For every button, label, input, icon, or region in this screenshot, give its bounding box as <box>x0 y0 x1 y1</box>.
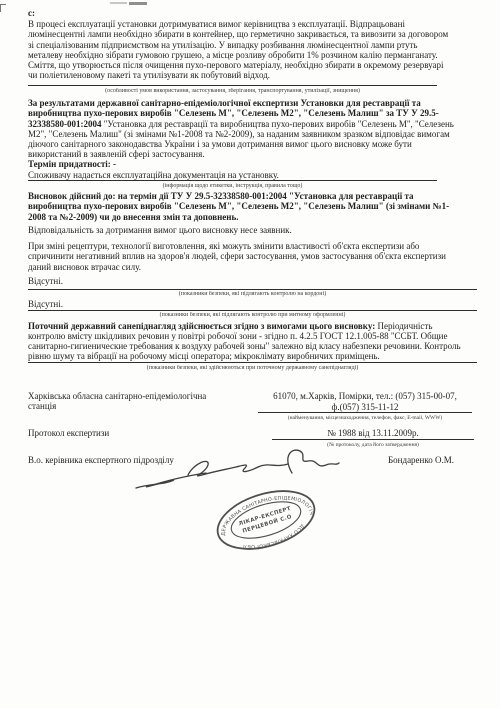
border-control-value: Відсутні. <box>28 276 63 286</box>
divider-rule <box>272 439 474 440</box>
scan-artifact <box>0 4 6 12</box>
organization-contact-line1: 61070, м.Харків, Помірки, тел.: (057) 31… <box>256 391 474 401</box>
customs-control-value: Відсутні. <box>28 299 63 309</box>
usage-caption: (особливості умов використання, застосув… <box>28 88 437 95</box>
divider-rule <box>28 362 477 363</box>
official-stamp: ДЕРЖАВНА САНІТАРНО-ЕПІДЕМІОЛОГІЧНА СЛУЖБ… <box>202 481 330 559</box>
surveillance-caption: (показники безпеки, які здійснюються при… <box>28 365 477 372</box>
divider-rule <box>28 180 437 181</box>
scan-artifact <box>129 2 147 5</box>
divider-rule <box>28 310 477 311</box>
scanned-document-page: с: В процесі експлуатації установки дотр… <box>0 0 500 708</box>
customs-control-caption: (показники безпеки, які підлягають контр… <box>28 312 477 319</box>
shelf-life-note: Споживачу надається експлуатаційна докум… <box>28 170 458 180</box>
surveillance-paragraph: Поточний державний санепіднагляд здійсню… <box>28 321 472 362</box>
usage-conditions-paragraph: В процесі експлуатації установки дотриму… <box>28 19 452 81</box>
scan-artifact <box>110 2 127 4</box>
border-control-caption: (показники безпеки, які підлягають контр… <box>28 291 477 298</box>
label-info-caption: (інформація щодо етикетки, інструкція, п… <box>28 183 437 190</box>
divider-rule <box>28 289 477 290</box>
organization-name: Харківська обласна санітарно-епідеміолог… <box>28 391 233 412</box>
organization-contact-line2: ф.(057) 315-11-12 <box>256 402 474 412</box>
responsibility-line: Відповідальність за дотримання вимог цьо… <box>28 225 464 235</box>
divider-rule <box>28 85 437 86</box>
prefix-fragment: с: <box>28 8 35 18</box>
surveillance-lead: Поточний державний санепіднагляд здійсню… <box>28 321 377 331</box>
protocol-value: № 1988 від 13.11.2009р. <box>272 428 474 438</box>
shelf-life-label: Термін придатності: - <box>28 159 116 169</box>
change-clause-paragraph: При зміні рецептури, технології виготовл… <box>28 241 464 272</box>
organization-caption: (найменування, місцезнаходження, телефон… <box>256 415 474 422</box>
divider-rule <box>258 412 472 413</box>
expertise-result-paragraph: За результатами державної санітарно-епід… <box>28 98 458 160</box>
validity-paragraph: Висновок дійсний до: на термін дії ТУ У … <box>28 191 458 222</box>
protocol-label: Протокол експертизи <box>28 428 109 438</box>
signatory-name: Бондаренко О.М. <box>388 455 454 465</box>
